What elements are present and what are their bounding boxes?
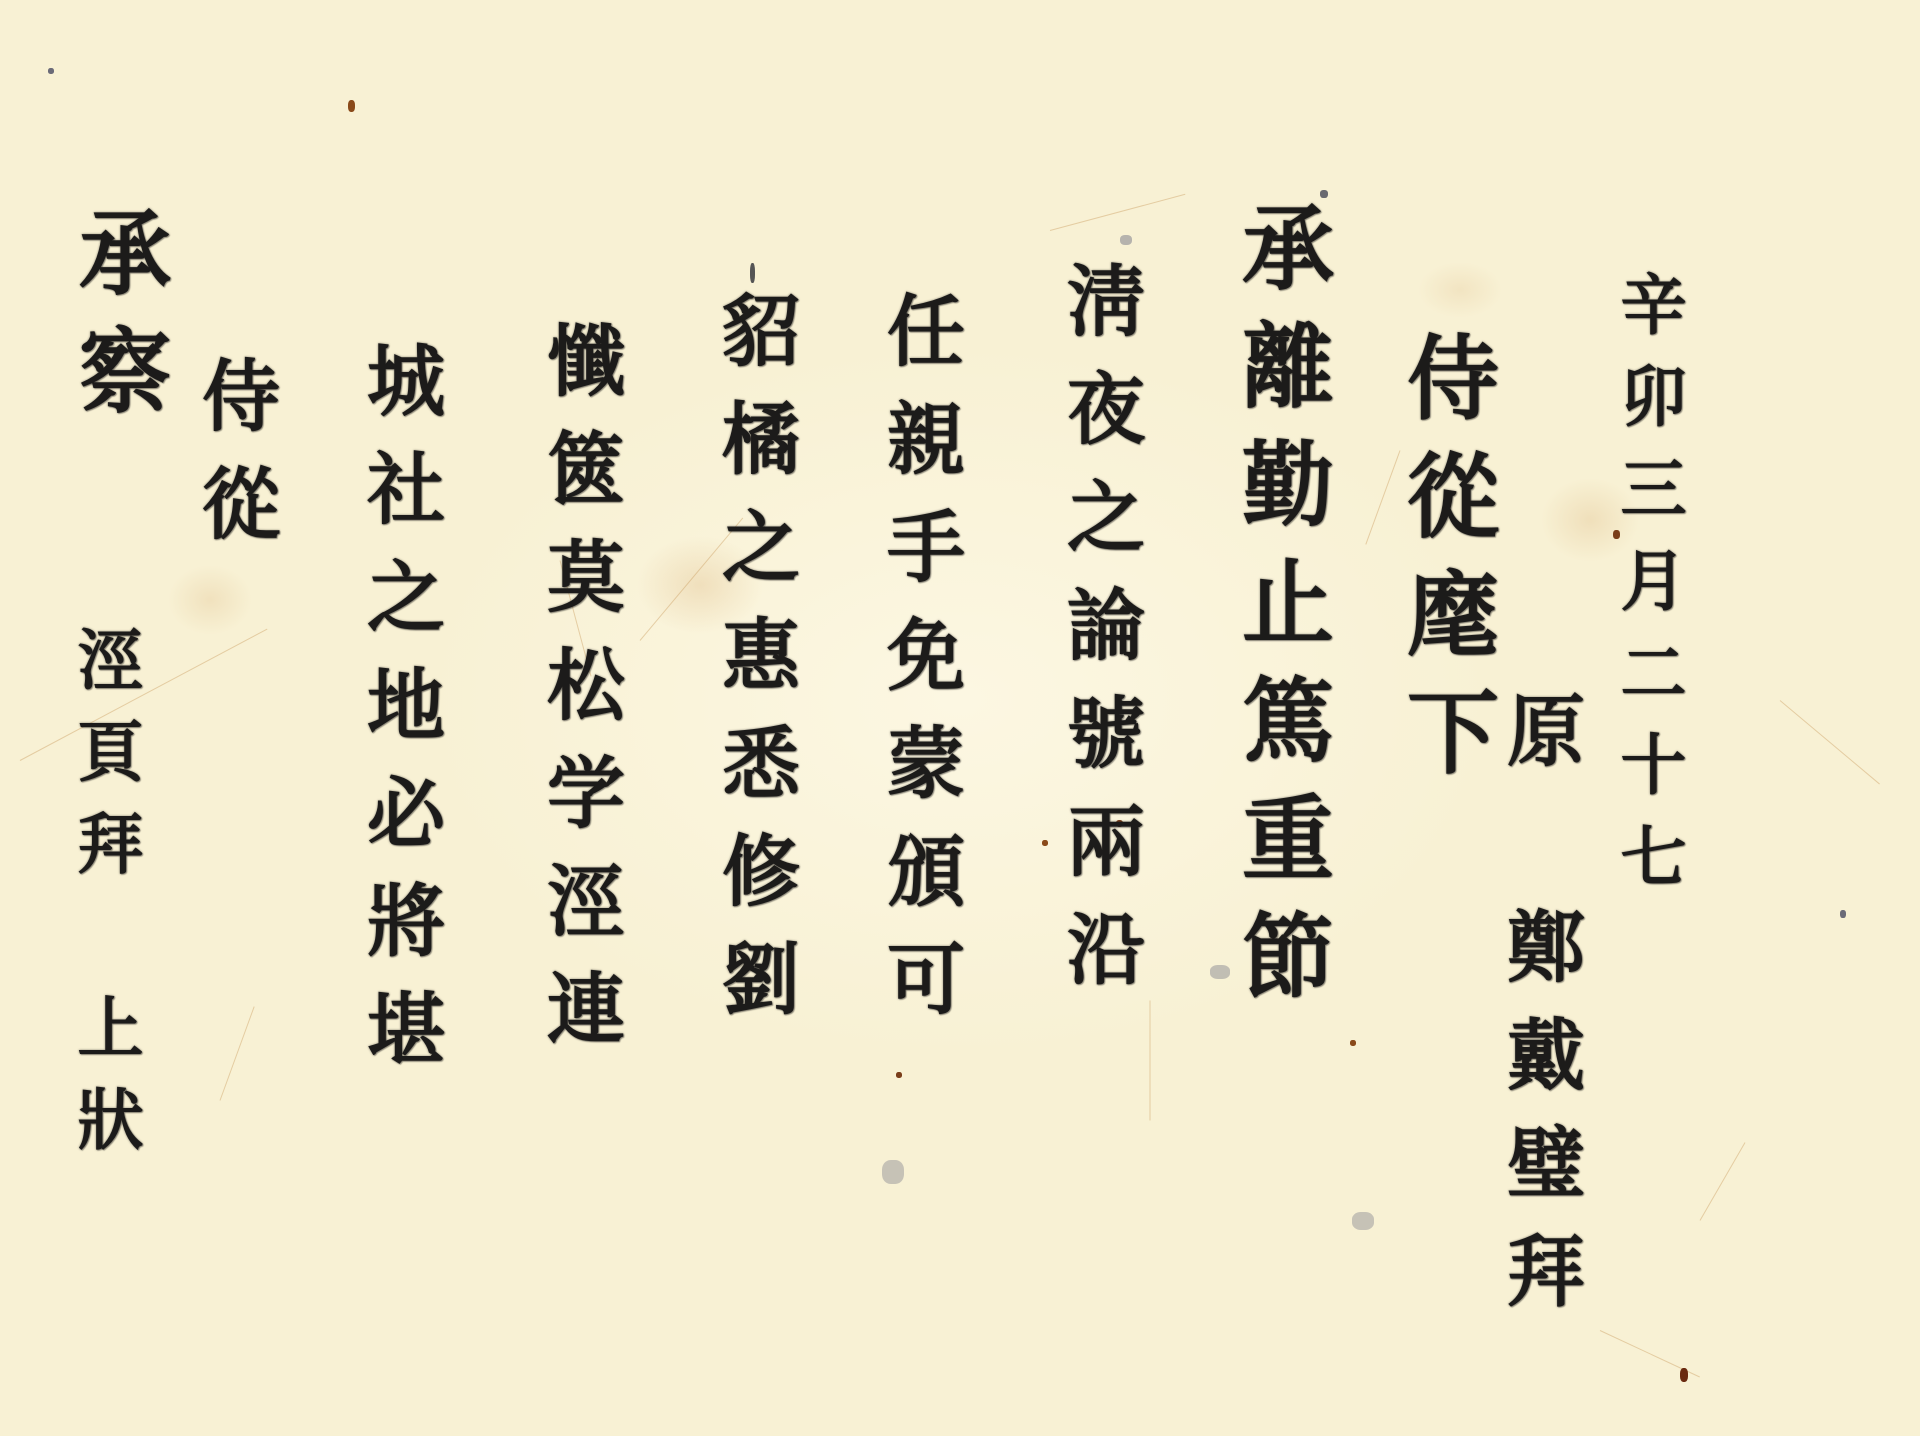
closing-column-1: 承察 — [72, 205, 164, 441]
paper-speck — [896, 1072, 902, 1078]
paper-speck — [1120, 235, 1132, 245]
sender-signature-column: 原 鄭戴璧拜 — [1500, 690, 1578, 1338]
paper-speck — [1350, 1040, 1356, 1046]
closing-honorific-column: 侍從 — [195, 355, 273, 571]
date-column: 辛卯三月二十七 — [1615, 270, 1681, 914]
paper-speck — [1320, 190, 1328, 198]
paper-speck — [48, 68, 54, 74]
paper-fiber — [1150, 1001, 1151, 1121]
paper-speck — [1042, 840, 1048, 846]
paper-speck — [1352, 1212, 1374, 1230]
body-column-2: 淸夜之論號兩沿 — [1060, 260, 1138, 1016]
body-column-3: 任親手免蒙頒可 — [880, 290, 958, 1046]
body-column-4: 貂橘之惠悉修劉 — [715, 290, 793, 1046]
paper-speck — [348, 100, 355, 112]
paper-speck — [750, 263, 755, 283]
paper-speck — [1680, 1368, 1688, 1382]
paper-speck — [882, 1160, 904, 1184]
paper-speck — [1840, 910, 1846, 918]
closing-column-2: 涇頁拜 上狀 — [72, 625, 138, 1177]
recipient-honorific-column: 侍從麾下 — [1400, 330, 1492, 802]
body-column-5: 懺篋莫松学涇連 — [540, 320, 618, 1076]
body-column-1: 承離勤止篤重節 — [1235, 200, 1327, 1026]
body-column-6: 城社之地必將堪 — [360, 340, 438, 1096]
